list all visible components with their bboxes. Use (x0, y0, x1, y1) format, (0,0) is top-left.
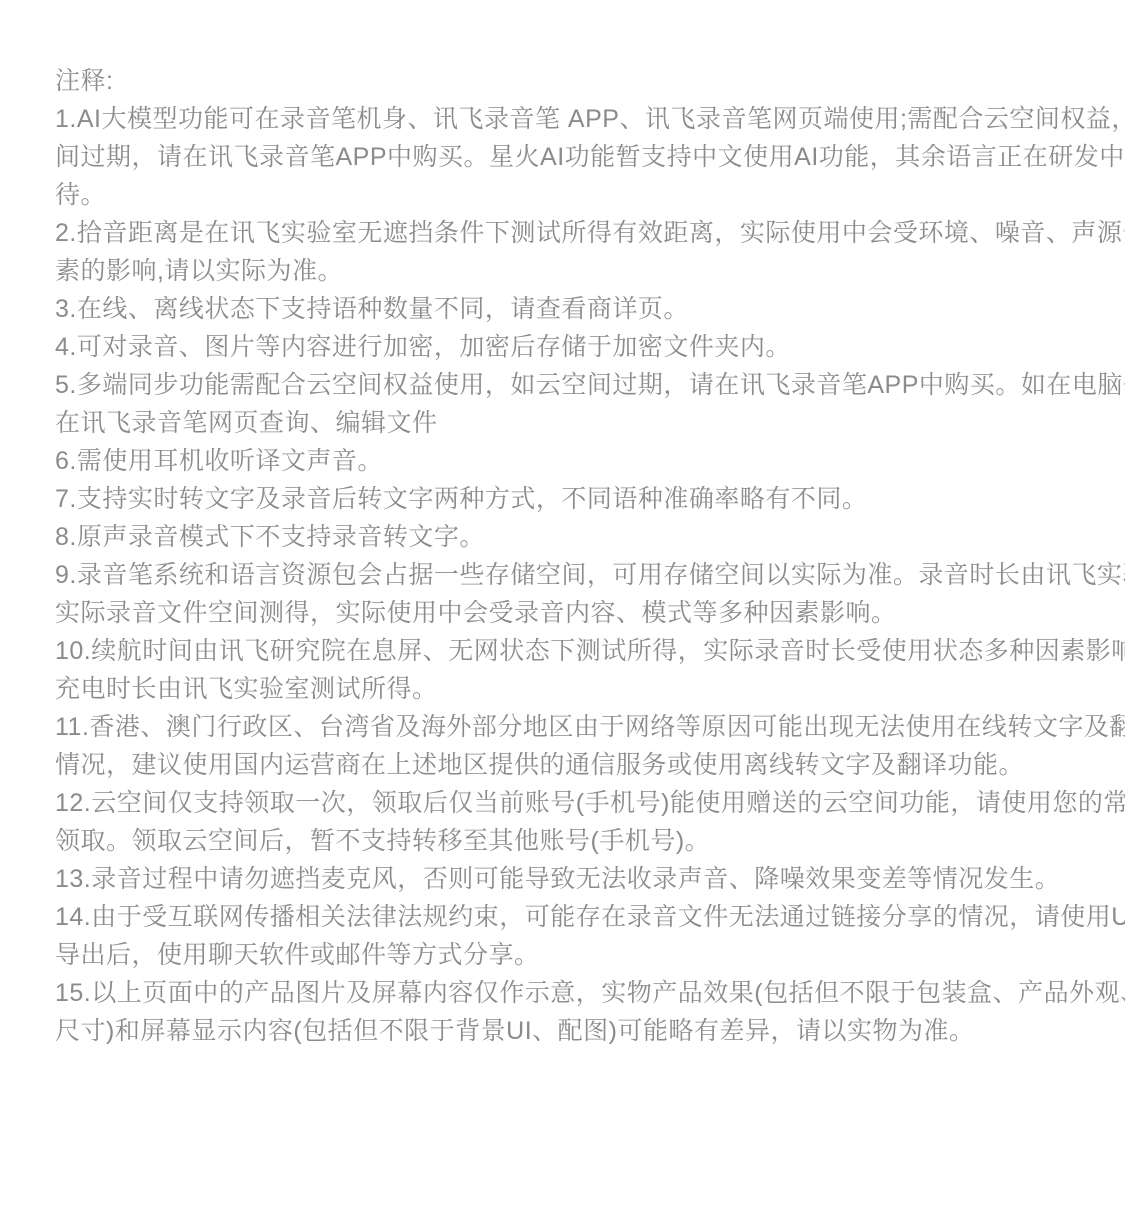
note-line-note-13-0: 13.录音过程中请勿遮挡麦克风，否则可能导致无法收录声音、降噪效果变差等情况发生… (55, 860, 1075, 898)
note-line-note-12-1: 领取。领取云空间后，暂不支持转移至其他账号(手机号)。 (55, 822, 1075, 860)
note-line-note-5-0: 5.多端同步功能需配合云空间权益使用，如云空间过期，请在讯飞录音笔APP中购买。… (55, 366, 1075, 404)
note-line-note-1-0: 1.AI大模型功能可在录音笔机身、讯飞录音笔 APP、讯飞录音笔网页端使用;需配… (55, 100, 1075, 138)
note-line-note-11-0: 11.香港、澳门行政区、台湾省及海外部分地区由于网络等原因可能出现无法使用在线转… (55, 708, 1075, 746)
note-line-note-15-1: 尺寸)和屏幕显示内容(包括但不限于背景UI、配图)可能略有差异，请以实物为准。 (55, 1012, 1075, 1050)
note-line-note-10-0: 10.续航时间由讯飞研究院在息屏、无网状态下测试所得，实际录音时长受使用状态多种… (55, 632, 1075, 670)
note-line-note-2-1: 素的影响,请以实际为准。 (55, 252, 1075, 290)
notes-title: 注释: (55, 62, 1075, 100)
note-line-note-10-1: 充电时长由讯飞实验室测试所得。 (55, 670, 1075, 708)
note-line-note-3-0: 3.在线、离线状态下支持语种数量不同，请查看商详页。 (55, 290, 1075, 328)
note-line-note-1-1: 间过期，请在讯飞录音笔APP中购买。星火AI功能暂支持中文使用AI功能，其余语言… (55, 138, 1075, 176)
note-line-note-9-1: 实际录音文件空间测得，实际使用中会受录音内容、模式等多种因素影响。 (55, 594, 1075, 632)
notes-list: 1.AI大模型功能可在录音笔机身、讯飞录音笔 APP、讯飞录音笔网页端使用;需配… (55, 100, 1075, 1050)
note-line-note-12-0: 12.云空间仅支持领取一次，领取后仅当前账号(手机号)能使用赠送的云空间功能，请… (55, 784, 1075, 822)
note-line-note-1-2: 待。 (55, 176, 1075, 214)
note-line-note-5-1: 在讯飞录音笔网页查询、编辑文件 (55, 404, 1075, 442)
note-line-note-7-0: 7.支持实时转文字及录音后转文字两种方式，不同语种准确率略有不同。 (55, 480, 1075, 518)
product-notes-section: 注释: 1.AI大模型功能可在录音笔机身、讯飞录音笔 APP、讯飞录音笔网页端使… (0, 0, 1125, 1050)
note-line-note-9-0: 9.录音笔系统和语言资源包会占据一些存储空间，可用存储空间以实际为准。录音时长由… (55, 556, 1075, 594)
note-line-note-14-1: 导出后，使用聊天软件或邮件等方式分享。 (55, 936, 1075, 974)
note-line-note-6-0: 6.需使用耳机收听译文声音。 (55, 442, 1075, 480)
note-line-note-11-1: 情况，建议使用国内运营商在上述地区提供的通信服务或使用离线转文字及翻译功能。 (55, 746, 1075, 784)
note-line-note-14-0: 14.由于受互联网传播相关法律法规约束，可能存在录音文件无法通过链接分享的情况，… (55, 898, 1075, 936)
note-line-note-4-0: 4.可对录音、图片等内容进行加密，加密后存储于加密文件夹内。 (55, 328, 1075, 366)
note-line-note-8-0: 8.原声录音模式下不支持录音转文字。 (55, 518, 1075, 556)
note-line-note-15-0: 15.以上页面中的产品图片及屏幕内容仅作示意，实物产品效果(包括但不限于包装盒、… (55, 974, 1075, 1012)
note-line-note-2-0: 2.拾音距离是在讯飞实验室无遮挡条件下测试所得有效距离，实际使用中会受环境、噪音… (55, 214, 1075, 252)
